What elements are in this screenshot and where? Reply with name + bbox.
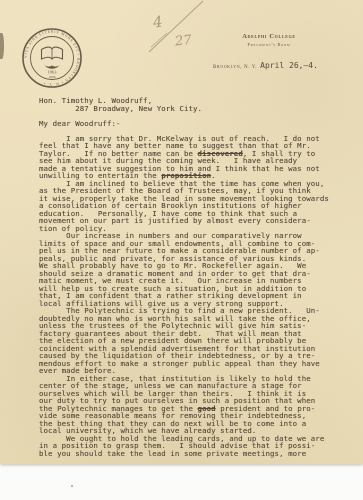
pencil-numerator: 4 — [151, 12, 164, 31]
letter-paper: VITA SINE LITERIS MORS EST • BROOKLYN • … — [0, 0, 363, 464]
letter-body: Hon. Timothy L. Woodruff, 287 Broadway, … — [39, 97, 339, 457]
seal-year-1896: 1896 — [49, 75, 56, 79]
letter-text: 287 Broadway, New York City. — [39, 104, 202, 113]
adelphi-college-seal-icon: VITA SINE LITERIS MORS EST • BROOKLYN • … — [20, 26, 84, 90]
typed-date: April 26,—4. — [260, 61, 318, 70]
pencil-note-4-27: 4 27 — [120, 0, 240, 62]
letterhead-institution: Adelphi College — [238, 33, 300, 40]
seal-year-1863: 1863 — [48, 70, 58, 75]
scan-speck — [71, 485, 73, 487]
pencil-denominator: 27 — [173, 33, 193, 50]
letterhead: Adelphi College President's Room — [238, 33, 300, 47]
letter-line: 287 Broadway, New York City. — [39, 105, 339, 113]
scanned-letter-page: { "letterhead": { "institution": "Adelph… — [0, 0, 363, 500]
letter-line: ble you should take the lead in some pri… — [39, 450, 339, 458]
letterhead-office: President's Room — [238, 42, 300, 47]
letter-text: ble you should take the lead in some pri… — [39, 449, 306, 458]
paper-edge-mark — [0, 33, 4, 59]
eagle-icon — [44, 65, 60, 69]
dateline: Brooklyn, N. Y.April 26,—4. — [213, 55, 318, 73]
letter-line: My dear Woodruff:- — [39, 120, 339, 128]
letter-text: My dear Woodruff:- — [39, 119, 121, 128]
letterhead-place: Brooklyn, N. Y. — [213, 65, 257, 70]
